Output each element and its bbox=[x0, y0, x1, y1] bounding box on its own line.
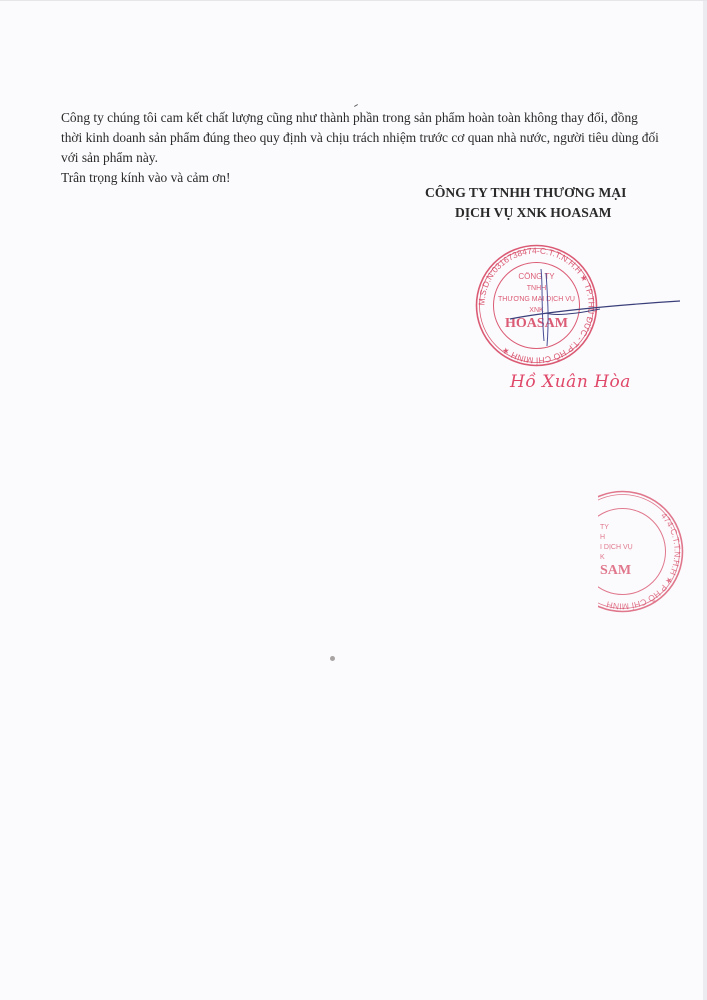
commitment-paragraph: Công ty chúng tôi cam kết chất lượng cũn… bbox=[61, 108, 661, 168]
company-signature-block: CÔNG TY TNHH THƯƠNG MẠI DỊCH VỤ XNK HOAS… bbox=[400, 183, 660, 223]
seal-line3: THƯƠNG MẠI DỊCH VỤ bbox=[498, 296, 575, 303]
scan-speck bbox=[330, 656, 335, 661]
partial-seal: 474-C.T.T.N.H.H ★ P HỒ CHÍ MINH TY H I D… bbox=[598, 489, 685, 614]
partial-seal-clip: 474-C.T.T.N.H.H ★ P HỒ CHÍ MINH TY H I D… bbox=[598, 481, 707, 621]
seal-line2: TNHH bbox=[527, 285, 546, 292]
partial-seal-ring-text: 474-C.T.T.N.H.H ★ P HỒ CHÍ MINH bbox=[605, 511, 682, 612]
company-name-line2: DỊCH VỤ XNK HOASAM bbox=[400, 203, 660, 223]
svg-text:474-C.T.T.N.H.H ★ P HỒ CHÍ MIN: 474-C.T.T.N.H.H ★ P HỒ CHÍ MINH bbox=[605, 511, 682, 612]
company-name-line1: CÔNG TY TNHH THƯƠNG MẠI bbox=[400, 183, 660, 203]
company-seal: M.S.D.N:0316738474-C.T.T.N.H.H ★ TP.THỦ … bbox=[474, 243, 599, 368]
seal-line5: HOASAM bbox=[505, 316, 568, 331]
document-page: Công ty chúng tôi cam kết chất lượng cũn… bbox=[0, 0, 707, 1000]
seal-line4: XNK bbox=[529, 307, 544, 314]
partial-seal-line3: I DỊCH VỤ bbox=[600, 544, 633, 551]
signer-name: Hồ Xuân Hòa bbox=[510, 372, 631, 392]
partial-seal-line2: H bbox=[600, 534, 605, 541]
partial-seal-line5: SAM bbox=[600, 563, 631, 578]
letter-body: Công ty chúng tôi cam kết chất lượng cũn… bbox=[61, 108, 661, 188]
seal-line1: CÔNG TY bbox=[518, 272, 555, 281]
partial-seal-line1: TY bbox=[600, 524, 609, 531]
scan-mark bbox=[354, 104, 358, 107]
partial-seal-line4: K bbox=[600, 554, 605, 561]
